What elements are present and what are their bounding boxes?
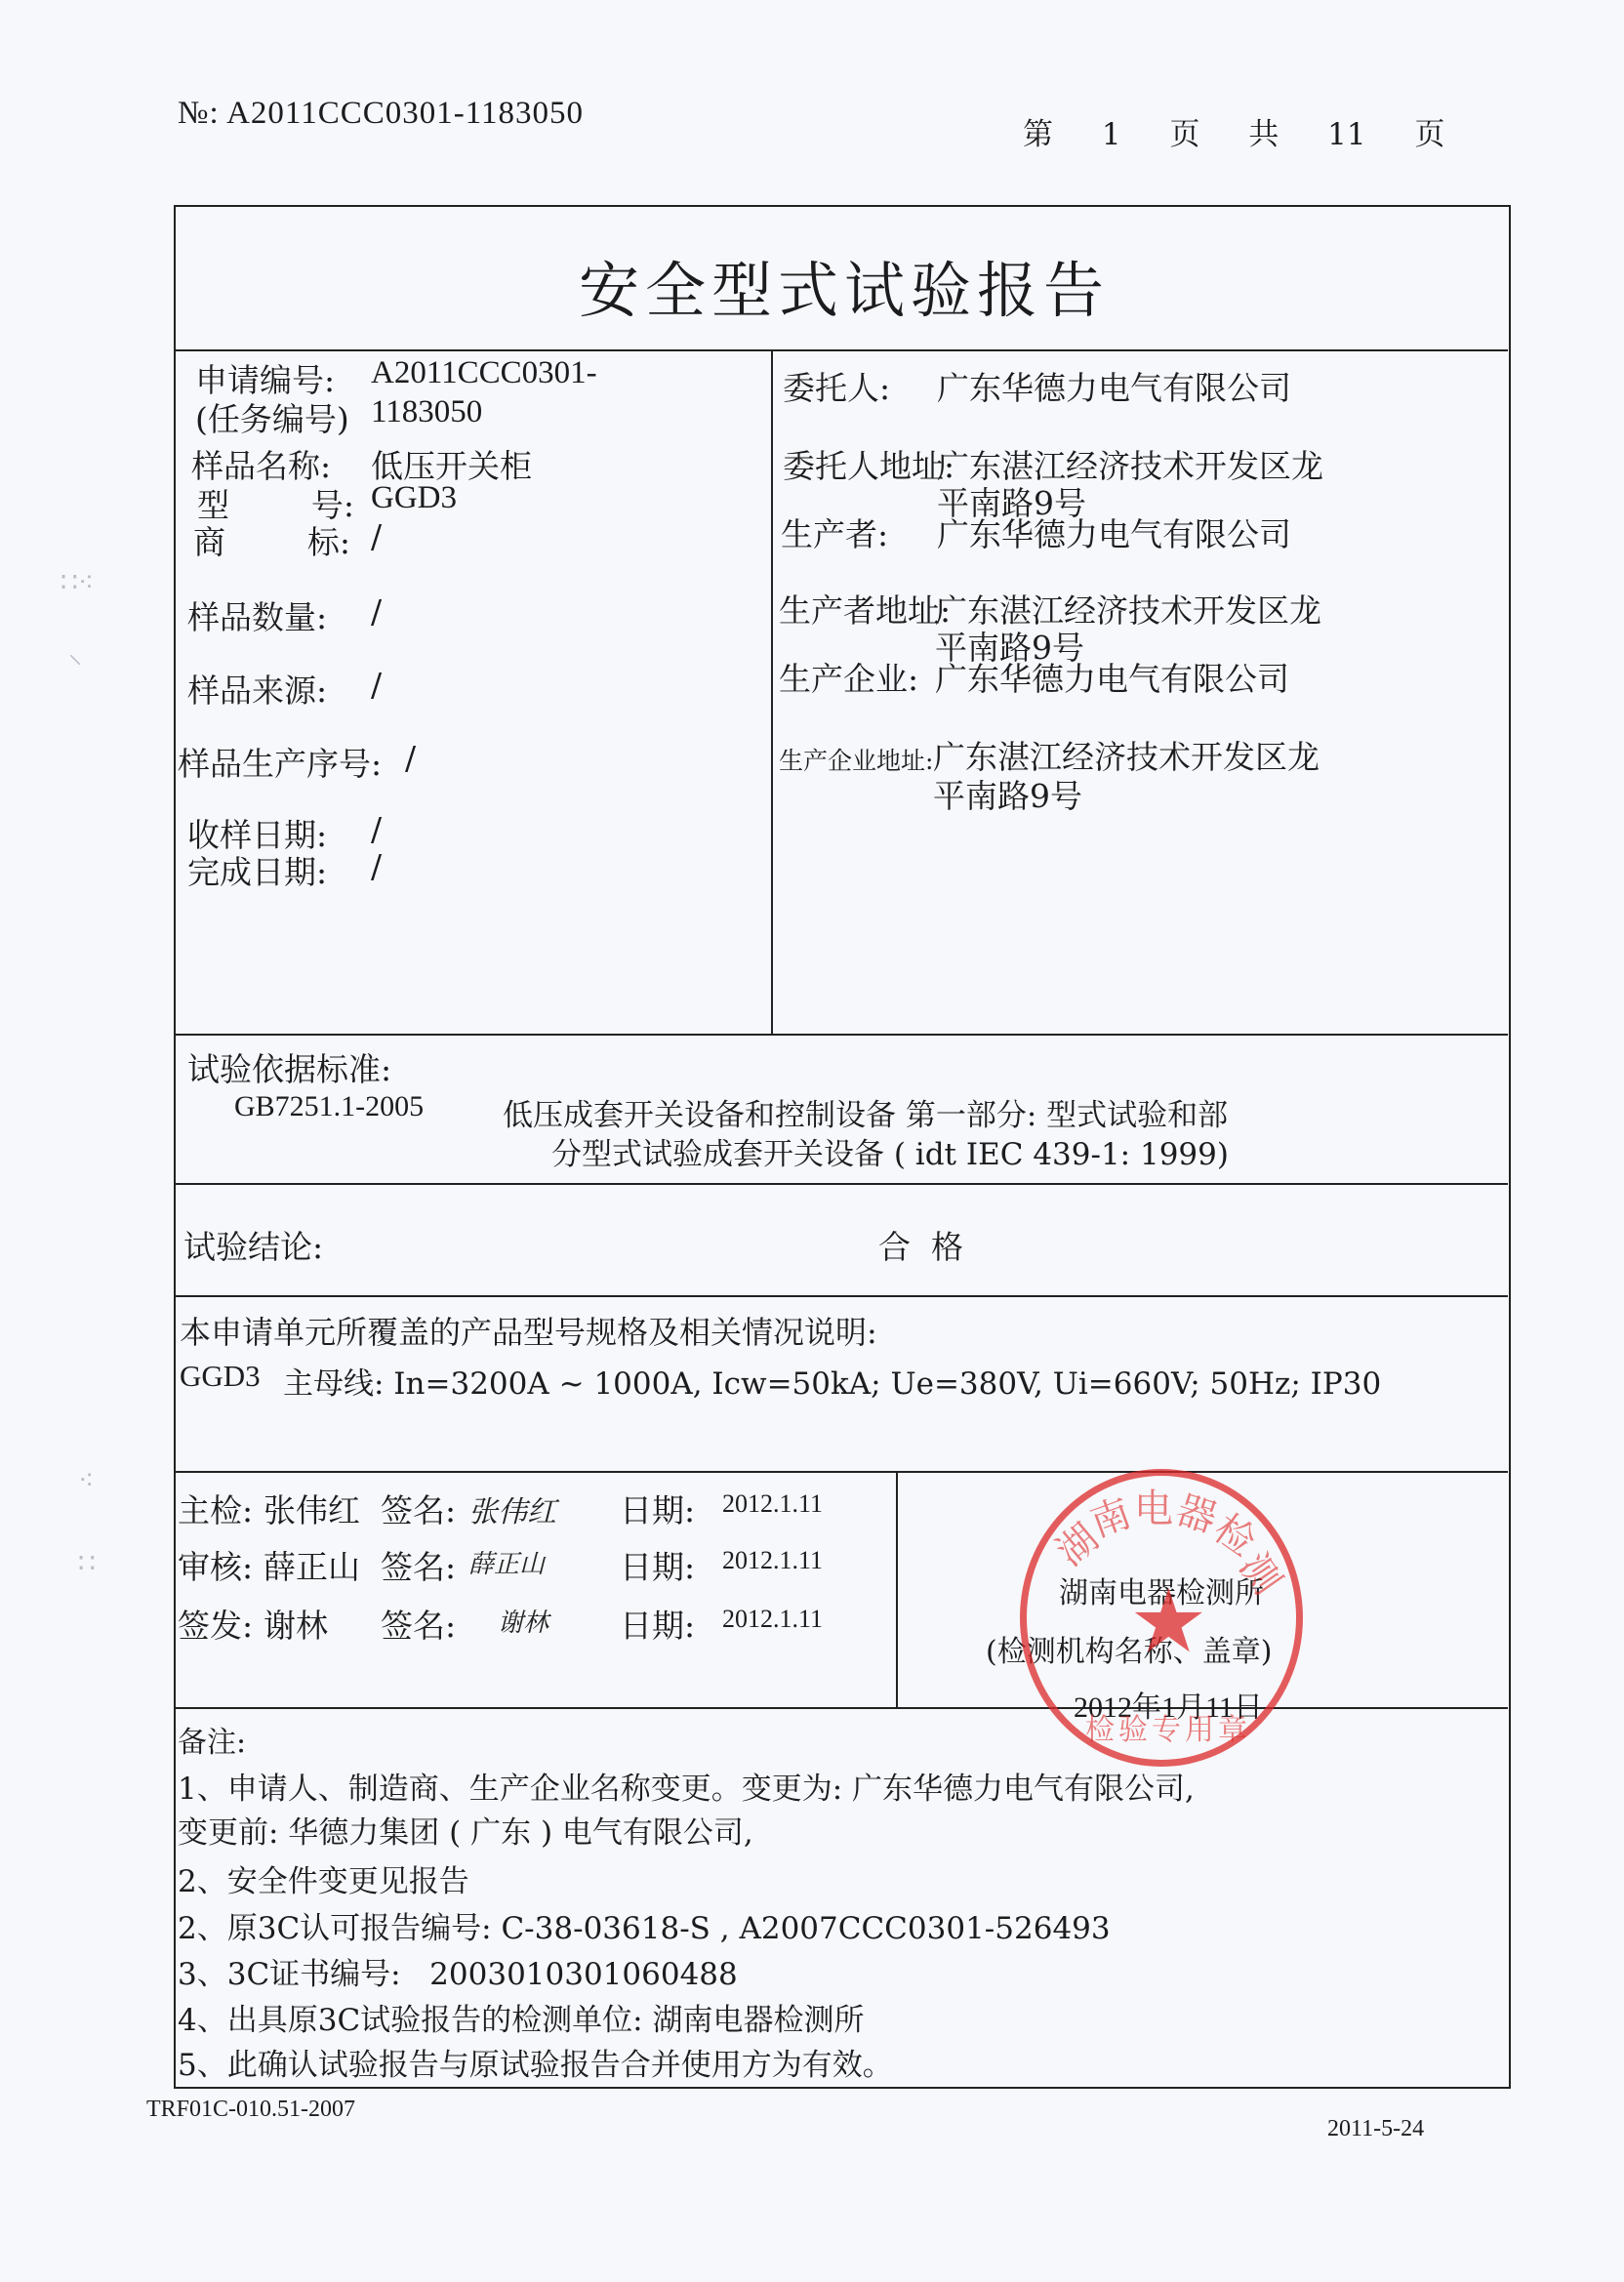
field-label: (任务编号) bbox=[195, 394, 349, 440]
report-number: №: A2011CCC0301-1183050 bbox=[178, 96, 584, 132]
date-label: 日期: bbox=[620, 1486, 695, 1531]
standard-label: 试验依据标准: bbox=[187, 1044, 391, 1090]
manufacturer: 广东华德力电气有限公司 bbox=[935, 654, 1289, 700]
task-no: 1183050 bbox=[371, 394, 482, 430]
person-name: 薛正山 bbox=[264, 1542, 360, 1588]
standard-title-line1: 低压成套开关设备和控制设备 第一部分: 型式试验和部 bbox=[503, 1090, 1228, 1134]
standard-title-line2: 分型式试验成套开关设备 ( idt IEC 439-1: 1999) bbox=[551, 1129, 1229, 1173]
form-code: TRF01C-010.51-2007 bbox=[146, 2097, 355, 2123]
divider bbox=[176, 1707, 1508, 1709]
standard-code: GB7251.1-2005 bbox=[234, 1090, 424, 1123]
role-label: 主检: bbox=[178, 1486, 253, 1531]
page-suffix: 页 bbox=[1414, 109, 1444, 153]
field-label: 委托人: bbox=[783, 363, 890, 409]
divider bbox=[176, 349, 1508, 351]
date-label: 日期: bbox=[620, 1601, 695, 1647]
handwritten-signature: 薛正山 bbox=[468, 1544, 545, 1580]
field-label: 生产者: bbox=[781, 509, 888, 555]
report-number-label: №: bbox=[178, 96, 220, 131]
seal-text: 电 bbox=[1134, 1478, 1173, 1533]
scan-smudge: ⸜ bbox=[68, 634, 82, 672]
scan-smudge: ∷⁖ bbox=[61, 566, 94, 598]
remark-line: 变更前: 华德力集团 ( 广东 ) 电气有限公司, bbox=[178, 1808, 753, 1852]
complete-date: / bbox=[371, 847, 382, 885]
remark-line: 3、3C证书编号: 2003010301060488 bbox=[178, 1949, 738, 1993]
sample-quantity: / bbox=[371, 592, 382, 631]
scan-smudge: ∷ bbox=[78, 1547, 96, 1579]
remark-line: 1、申请人、制造商、生产企业名称变更。变更为: 广东华德力电气有限公司, bbox=[178, 1764, 1195, 1808]
column-divider bbox=[771, 349, 773, 1034]
sign-label: 签名: bbox=[381, 1542, 456, 1588]
field-label: 生产企业: bbox=[779, 654, 918, 700]
sample-serial: / bbox=[405, 739, 416, 777]
handwritten-signature: 谢林 bbox=[498, 1603, 548, 1639]
field-label: 样品来源: bbox=[187, 666, 327, 712]
field-label: 委托人地址: bbox=[783, 441, 954, 487]
role-label: 审核: bbox=[178, 1542, 253, 1588]
page-prefix: 第 bbox=[1023, 109, 1053, 153]
sign-date: 2012.1.11 bbox=[722, 1489, 823, 1519]
remarks-label: 备注: bbox=[178, 1718, 246, 1761]
remark-line: 4、出具原3C试验报告的检测单位: 湖南电器检测所 bbox=[178, 1995, 864, 2039]
page-total: 11 bbox=[1327, 117, 1365, 152]
form-date: 2011-5-24 bbox=[1327, 2116, 1424, 2142]
sign-label: 签名: bbox=[381, 1601, 456, 1647]
seal-bottom-text: 检验专用章 bbox=[1085, 1705, 1251, 1748]
sign-date: 2012.1.11 bbox=[722, 1605, 823, 1634]
conclusion-value: 合 格 bbox=[878, 1222, 963, 1268]
receive-date: / bbox=[371, 810, 382, 848]
application-no: A2011CCC0301- bbox=[371, 355, 597, 391]
report-form: 安全型式试验报告 申请编号: A2011CCC0301- (任务编号) 1183… bbox=[174, 205, 1511, 2089]
report-number-value: A2011CCC0301-1183050 bbox=[226, 96, 584, 131]
handwritten-signature: 张伟红 bbox=[468, 1487, 556, 1530]
column-divider bbox=[896, 1471, 898, 1707]
client: 广东华德力电气有限公司 bbox=[937, 363, 1291, 409]
field-label: 生产者地址: bbox=[779, 586, 951, 632]
scan-smudge: ⁖ bbox=[78, 1464, 94, 1496]
divider bbox=[176, 1295, 1508, 1297]
trademark: / bbox=[371, 517, 382, 555]
page-current: 1 bbox=[1102, 117, 1121, 152]
divider bbox=[176, 1471, 1508, 1473]
page-mid: 页 bbox=[1169, 109, 1199, 153]
spec-model: GGD3 bbox=[180, 1359, 261, 1394]
star-icon: ★ bbox=[1129, 1578, 1208, 1666]
spec-detail: 主母线: In=3200A ~ 1000A, Icw=50kA; Ue=380V… bbox=[283, 1359, 1381, 1403]
report-title: 安全型式试验报告 bbox=[176, 242, 1513, 329]
field-label: 商 标: bbox=[193, 517, 350, 563]
person-name: 谢林 bbox=[264, 1601, 328, 1647]
sample-source: / bbox=[371, 666, 382, 704]
remark-line: 2、原3C认可报告编号: C-38-03618-S , A2007CCC0301… bbox=[178, 1903, 1111, 1947]
divider bbox=[176, 1034, 1508, 1036]
field-label: 样品数量: bbox=[187, 592, 327, 638]
field-label: 完成日期: bbox=[187, 847, 327, 893]
date-label: 日期: bbox=[620, 1542, 695, 1588]
remark-line: 5、此确认试验报告与原试验报告合并使用方为有效。 bbox=[178, 2040, 893, 2084]
page-total-prefix: 共 bbox=[1248, 109, 1279, 153]
page-indicator: 第 1 页 共 11 页 bbox=[1023, 109, 1483, 153]
person-name: 张伟红 bbox=[264, 1486, 360, 1531]
model: GGD3 bbox=[371, 480, 457, 516]
remark-line: 2、安全件变更见报告 bbox=[178, 1856, 469, 1900]
official-seal: 湖 南 电 器 检 测 ★ 检验专用章 bbox=[1020, 1469, 1303, 1767]
producer: 广东华德力电气有限公司 bbox=[937, 509, 1291, 555]
sign-date: 2012.1.11 bbox=[722, 1546, 823, 1575]
sign-label: 签名: bbox=[381, 1486, 456, 1531]
field-label: 生产企业地址: bbox=[779, 742, 933, 777]
field-label: 样品生产序号: bbox=[178, 739, 382, 785]
manufacturer-address-line2: 平南路9号 bbox=[933, 771, 1082, 817]
spec-label: 本申请单元所覆盖的产品型号规格及相关情况说明: bbox=[180, 1308, 877, 1353]
conclusion-label: 试验结论: bbox=[183, 1222, 323, 1268]
role-label: 签发: bbox=[178, 1601, 253, 1647]
divider bbox=[176, 1183, 1508, 1185]
